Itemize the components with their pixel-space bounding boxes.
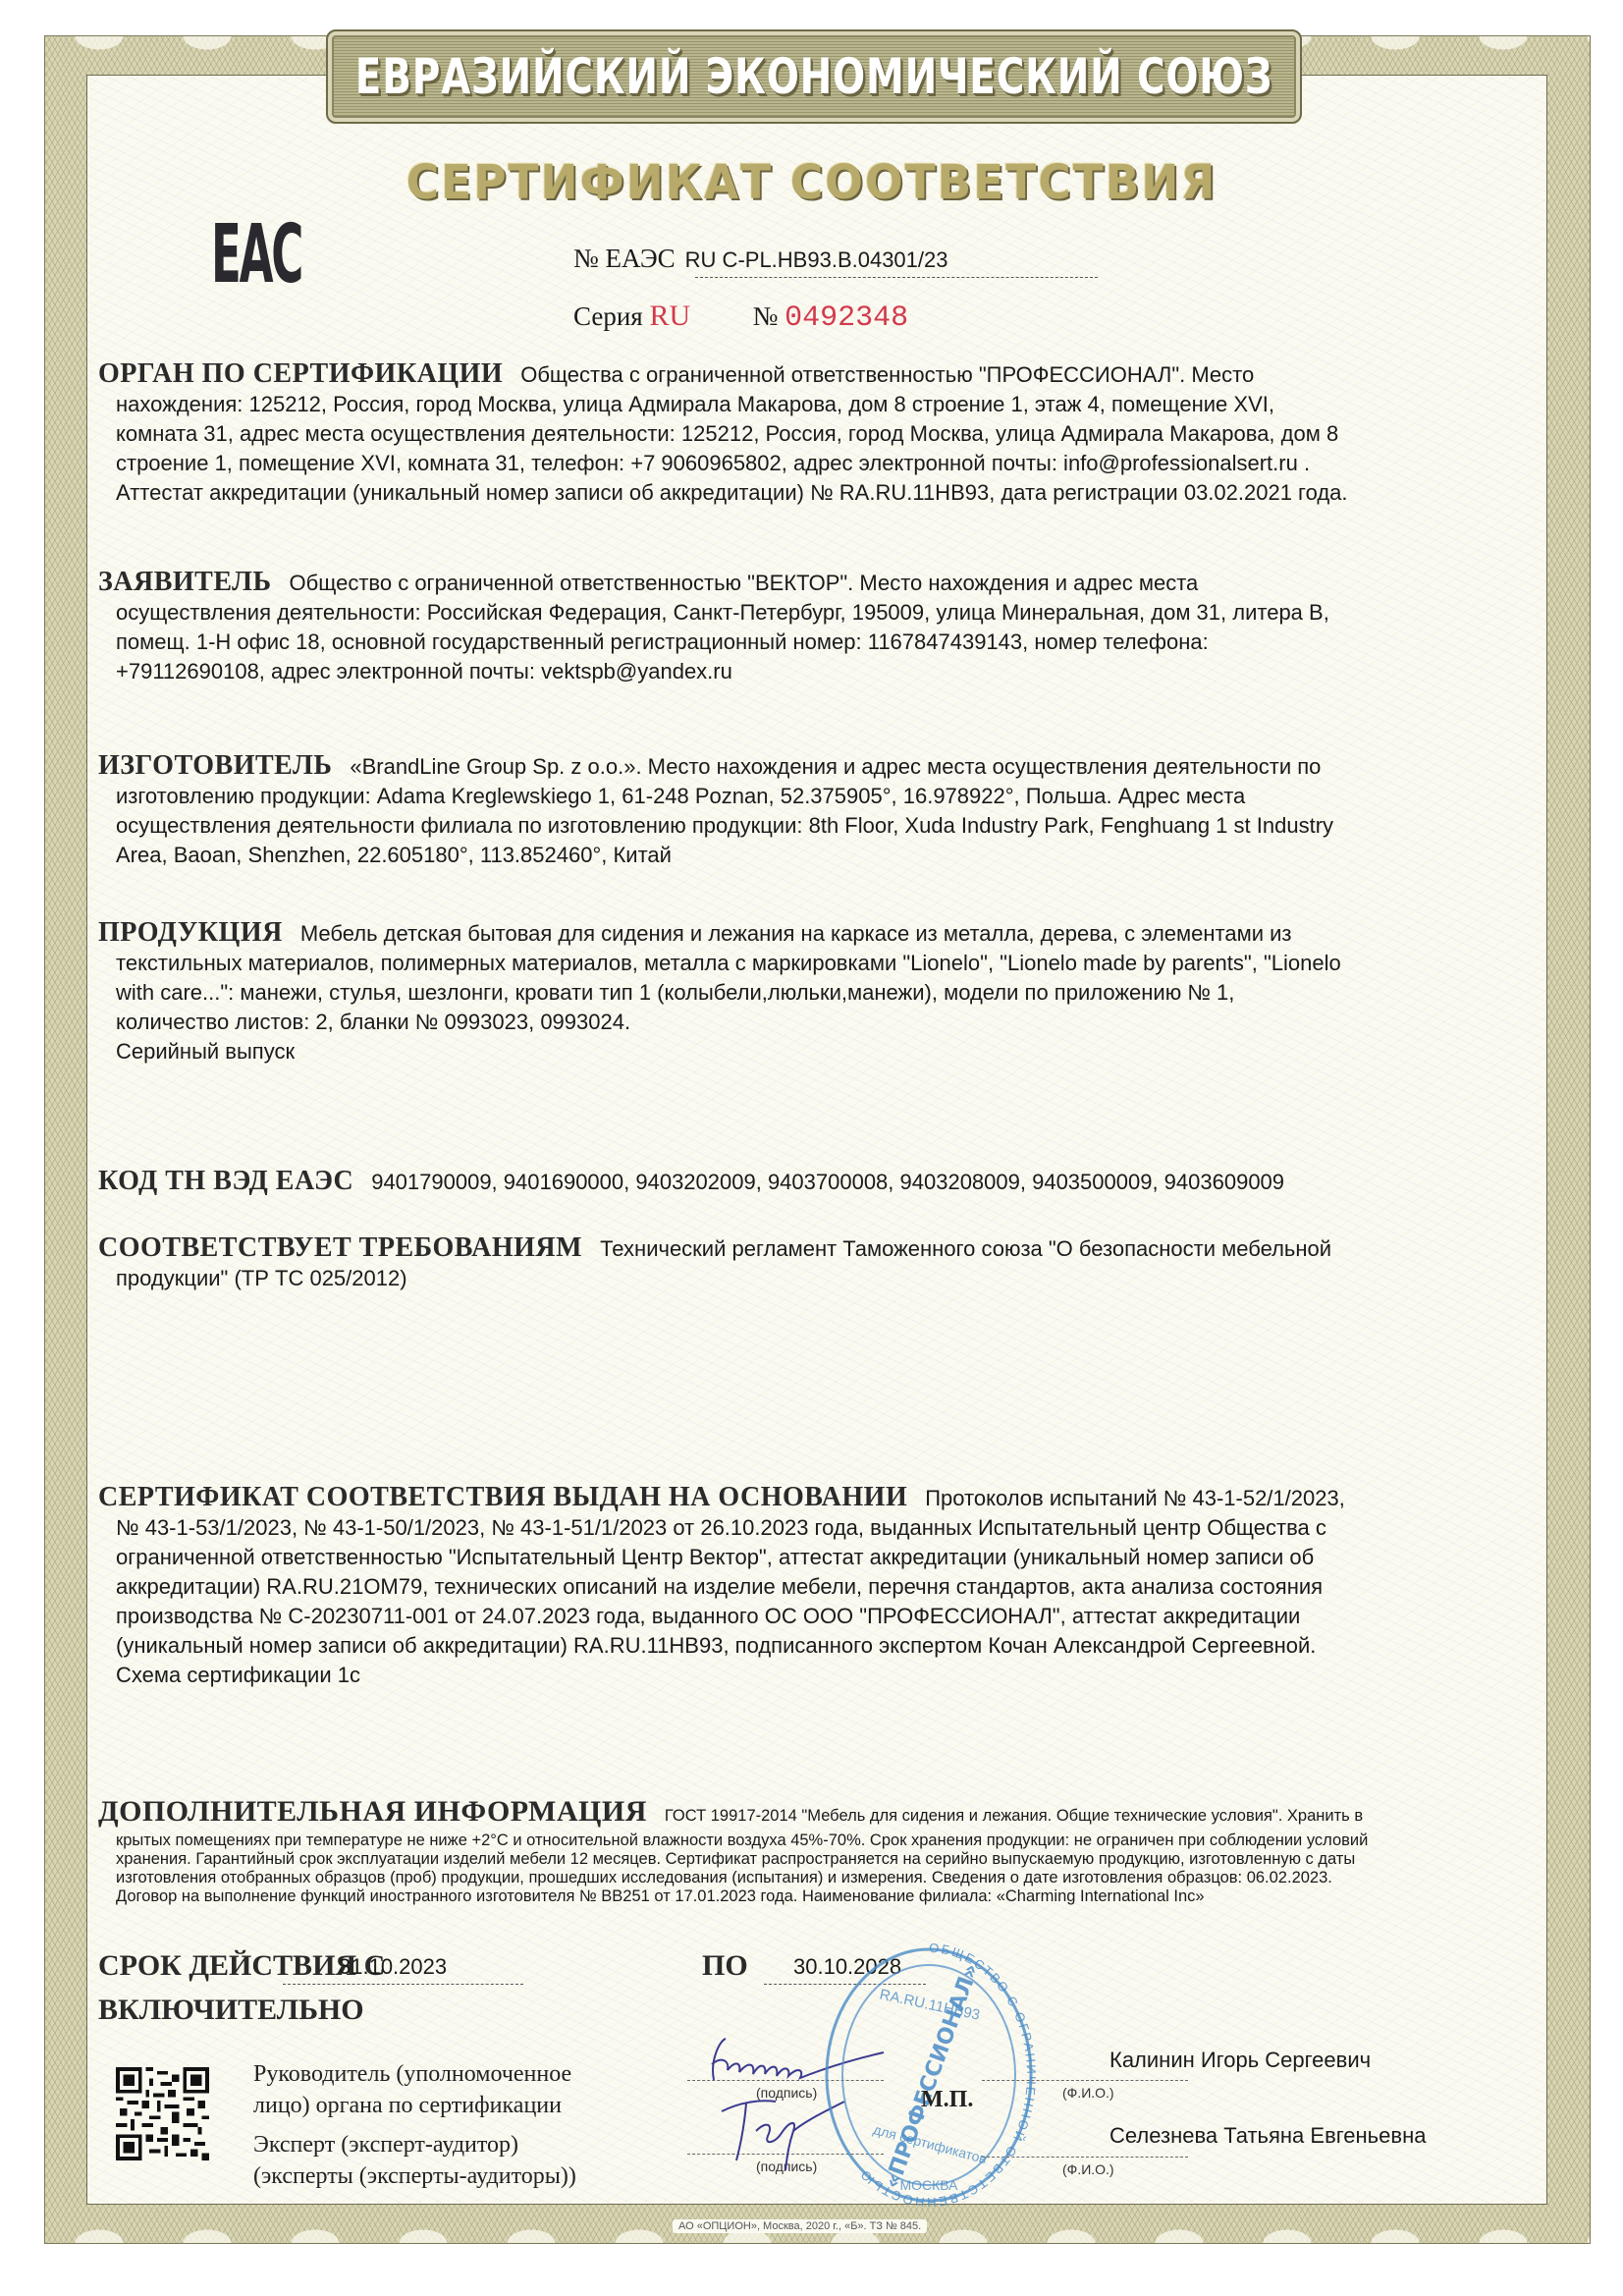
expert-name: Селезнева Татьяна Евгеньевна <box>1109 2123 1426 2149</box>
section-text: Схема сертификации 1с <box>98 1661 1527 1690</box>
seal-label: М.П. <box>921 2087 973 2113</box>
section-text: количество листов: 2, бланки № 0993023, … <box>98 1008 1527 1037</box>
validity-inclusive: ВКЛЮЧИТЕЛЬНО <box>98 1994 364 2027</box>
section-text: Договор на выполнение функций иностранно… <box>98 1887 1527 1906</box>
section-text: хранения. Гарантийный срок эксплуатации … <box>98 1850 1527 1869</box>
section-issued-basis: СЕРТИФИКАТ СООТВЕТСТВИЯ ВЫДАН НА ОСНОВАН… <box>98 1483 1527 1690</box>
section-text: Серийный выпуск <box>98 1037 1527 1066</box>
section-label: ИЗГОТОВИТЕЛЬ <box>98 750 332 781</box>
section-label: ОРГАН ПО СЕРТИФИКАЦИИ <box>98 358 503 389</box>
section-certification-body: ОРГАН ПО СЕРТИФИКАЦИИОбщества с ограниче… <box>98 359 1527 508</box>
expert-label-line: Эксперт (эксперт-аудитор) <box>253 2129 576 2160</box>
section-text: (уникальный номер записи об аккредитации… <box>98 1631 1527 1661</box>
section-text: изготовления отобранных образцов (проб) … <box>98 1869 1527 1887</box>
section-text: текстильных материалов, полимерных матер… <box>98 949 1527 978</box>
section-text: ограниченной ответственностью "Испытател… <box>98 1543 1527 1572</box>
section-text: изготовлению продукции: Adama Kreglewski… <box>98 782 1527 811</box>
section-text: «BrandLine Group Sp. z o.o.». Место нахо… <box>350 754 1321 779</box>
section-additional-info: ДОПОЛНИТЕЛЬНАЯ ИНФОРМАЦИЯГОСТ 19917-2014… <box>98 1797 1527 1906</box>
section-text: помещ. 1-Н офис 18, основной государстве… <box>98 628 1527 657</box>
certificate-title: СЕРТИФИКАТ СООТВЕТСТВИЯ <box>40 155 1582 210</box>
registration-value: RU C-PL.HB93.B.04301/23 <box>685 247 948 272</box>
section-text: 9401790009, 9401690000, 9403202009, 9403… <box>371 1170 1284 1194</box>
registration-underline <box>695 277 1098 278</box>
section-tn-ved-code: КОД ТН ВЭД ЕАЭС9401790009, 9401690000, 9… <box>98 1167 1527 1197</box>
expert-name-line <box>982 2157 1188 2158</box>
head-name: Калинин Игорь Сергеевич <box>1109 2048 1371 2073</box>
series-label: Серия <box>573 301 643 331</box>
section-label: КОД ТН ВЭД ЕАЭС <box>98 1166 353 1196</box>
series-line: Серия RU № 0492348 <box>573 300 908 335</box>
section-label: СООТВЕТСТВУЕТ ТРЕБОВАНИЯМ <box>98 1232 582 1263</box>
section-product: ПРОДУКЦИЯМебель детская бытовая для сиде… <box>98 918 1527 1066</box>
head-label: Руководитель (уполномоченное лицо) орган… <box>253 2058 571 2121</box>
validity-to-label: ПО <box>702 1949 748 1982</box>
section-text: Area, Baoan, Shenzhen, 22.605180°, 113.8… <box>98 841 1527 870</box>
section-text: Технический регламент Таможенного союза … <box>600 1236 1331 1261</box>
registration-number: № ЕАЭСRU C-PL.HB93.B.04301/23 <box>573 244 948 274</box>
head-label-line: Руководитель (уполномоченное <box>253 2058 571 2090</box>
series-value: RU <box>649 300 690 332</box>
validity-from-date: 31.10.2023 <box>339 1954 447 1980</box>
section-text: Мебель детская бытовая для сидения и леж… <box>300 921 1292 946</box>
union-title: ЕВРАЗИЙСКИЙ ЭКОНОМИЧЕСКИЙ СОЮЗ <box>355 48 1273 105</box>
section-manufacturer: ИЗГОТОВИТЕЛЬ«BrandLine Group Sp. z o.o.»… <box>98 751 1527 870</box>
section-text: строение 1, помещение XVI, комната 31, т… <box>98 449 1527 478</box>
section-text: крытых помещениях при температуре не ниж… <box>98 1831 1527 1850</box>
blank-number-value: 0492348 <box>784 301 908 335</box>
section-label: ЗАЯВИТЕЛЬ <box>98 567 272 597</box>
blank-number-label: № <box>753 301 779 331</box>
section-text: Общество с ограниченной ответственностью… <box>290 571 1199 595</box>
section-text: Общества с ограниченной ответственностью… <box>520 362 1254 387</box>
section-text: производства № С-20230711-001 от 24.07.2… <box>98 1602 1527 1631</box>
section-text: № 43-1-53/1/2023, № 43-1-50/1/2023, № 43… <box>98 1513 1527 1543</box>
printer-note: АО «ОПЦИОН», Москва, 2020 г., «Б». ТЗ № … <box>673 2219 927 2233</box>
validity-inclusive-label: ВКЛЮЧИТЕЛЬНО <box>98 1994 364 2026</box>
expert-label-line: (эксперты (эксперты-аудиторы)) <box>253 2160 576 2192</box>
svg-text:МОСКВА: МОСКВА <box>899 2177 958 2193</box>
section-text: осуществления деятельности: Российская Ф… <box>98 598 1527 628</box>
date-from-underline <box>283 1984 523 1985</box>
qr-code[interactable] <box>116 2067 209 2160</box>
section-applicant: ЗАЯВИТЕЛЬОбщество с ограниченной ответст… <box>98 568 1527 686</box>
section-text: продукции" (ТР ТС 025/2012) <box>98 1264 1527 1293</box>
section-text: нахождения: 125212, Россия, город Москва… <box>98 390 1527 419</box>
section-text: with care...": манежи, стулья, шезлонги,… <box>98 978 1527 1008</box>
registration-prefix: № ЕАЭС <box>573 244 676 273</box>
organization-stamp: ОБЩЕСТВО С ОГРАНИЧЕННОЙ ОТВЕТСТВЕННОСТЬЮ… <box>821 1913 1037 2208</box>
section-text: комната 31, адрес места осуществления де… <box>98 419 1527 449</box>
validity-to: ПО <box>702 1949 748 1983</box>
section-text: Протоколов испытаний № 43-1-52/1/2023, <box>925 1486 1345 1510</box>
section-text: ГОСТ 19917-2014 "Мебель для сидения и ле… <box>665 1807 1363 1825</box>
eac-logo: ЕАС <box>211 208 301 301</box>
section-label: ДОПОЛНИТЕЛЬНАЯ ИНФОРМАЦИЯ <box>98 1795 647 1828</box>
section-text: Аттестат аккредитации (уникальный номер … <box>98 478 1527 508</box>
section-text: осуществления деятельности филиала по из… <box>98 811 1527 841</box>
section-conforms-to: СООТВЕТСТВУЕТ ТРЕБОВАНИЯМТехнический рег… <box>98 1233 1527 1293</box>
section-text: аккредитации) RA.RU.21ОМ79, технических … <box>98 1572 1527 1602</box>
section-label: СЕРТИФИКАТ СООТВЕТСТВИЯ ВЫДАН НА ОСНОВАН… <box>98 1482 907 1512</box>
section-label: ПРОДУКЦИЯ <box>98 917 283 948</box>
expert-label: Эксперт (эксперт-аудитор) (эксперты (экс… <box>253 2129 576 2192</box>
head-name-line <box>982 2080 1188 2081</box>
expert-name-caption: (Ф.И.О.) <box>1062 2161 1114 2177</box>
head-label-line: лицо) органа по сертификации <box>253 2090 571 2121</box>
head-name-caption: (Ф.И.О.) <box>1062 2085 1114 2101</box>
section-text: +79112690108, адрес электронной почты: v… <box>98 657 1527 686</box>
union-banner: ЕВРАЗИЙСКИЙ ЭКОНОМИЧЕСКИЙ СОЮЗ <box>326 29 1302 124</box>
